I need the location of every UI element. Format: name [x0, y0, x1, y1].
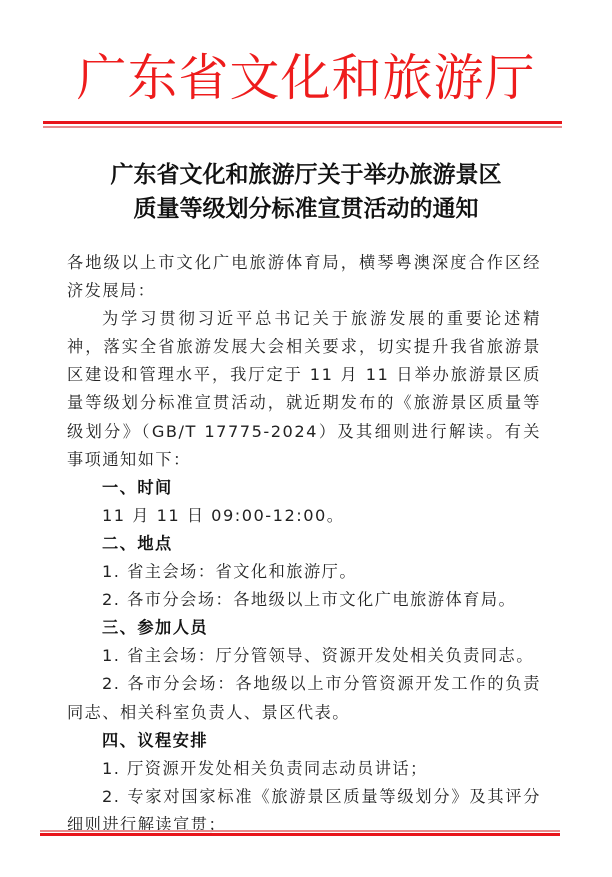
section-item: 1. 省主会场：省文化和旅游厅。	[67, 558, 541, 586]
section-item: 11 月 11 日 09:00-12:00。	[67, 502, 541, 530]
section-item: 2. 各市分会场：各地级以上市分管资源开发工作的负责同志、相关科室负责人、景区代…	[67, 670, 541, 726]
masthead-title: 广东省文化和旅游厅	[0, 48, 612, 108]
masthead-rule-thin	[43, 126, 562, 128]
footer-rule-thick	[40, 833, 560, 836]
footer-rule-thin	[40, 830, 560, 832]
document-title: 广东省文化和旅游厅关于举办旅游景区 质量等级划分标准宣贯活动的通知	[0, 158, 612, 226]
document-title-line-2: 质量等级划分标准宣贯活动的通知	[0, 192, 612, 226]
document-body: 各地级以上市文化广电旅游体育局，横琴粤澳深度合作区经济发展局： 为学习贯彻习近平…	[67, 249, 541, 839]
section-item: 2. 各市分会场：各地级以上市文化广电旅游体育局。	[67, 586, 541, 614]
section-heading-time: 一、时间	[67, 474, 541, 502]
intro-paragraph: 为学习贯彻习近平总书记关于旅游发展的重要论述精神，落实全省旅游发展大会相关要求，…	[67, 305, 541, 474]
section-heading-participants: 三、参加人员	[67, 614, 541, 642]
section-item: 1. 厅资源开发处相关负责同志动员讲话；	[67, 755, 541, 783]
document-title-line-1: 广东省文化和旅游厅关于举办旅游景区	[0, 158, 612, 192]
section-item: 1. 省主会场：厅分管领导、资源开发处相关负责同志。	[67, 642, 541, 670]
section-heading-venue: 二、地点	[67, 530, 541, 558]
addressee: 各地级以上市文化广电旅游体育局，横琴粤澳深度合作区经济发展局：	[67, 249, 541, 305]
section-heading-agenda: 四、议程安排	[67, 727, 541, 755]
masthead-rule-thick	[43, 121, 562, 124]
